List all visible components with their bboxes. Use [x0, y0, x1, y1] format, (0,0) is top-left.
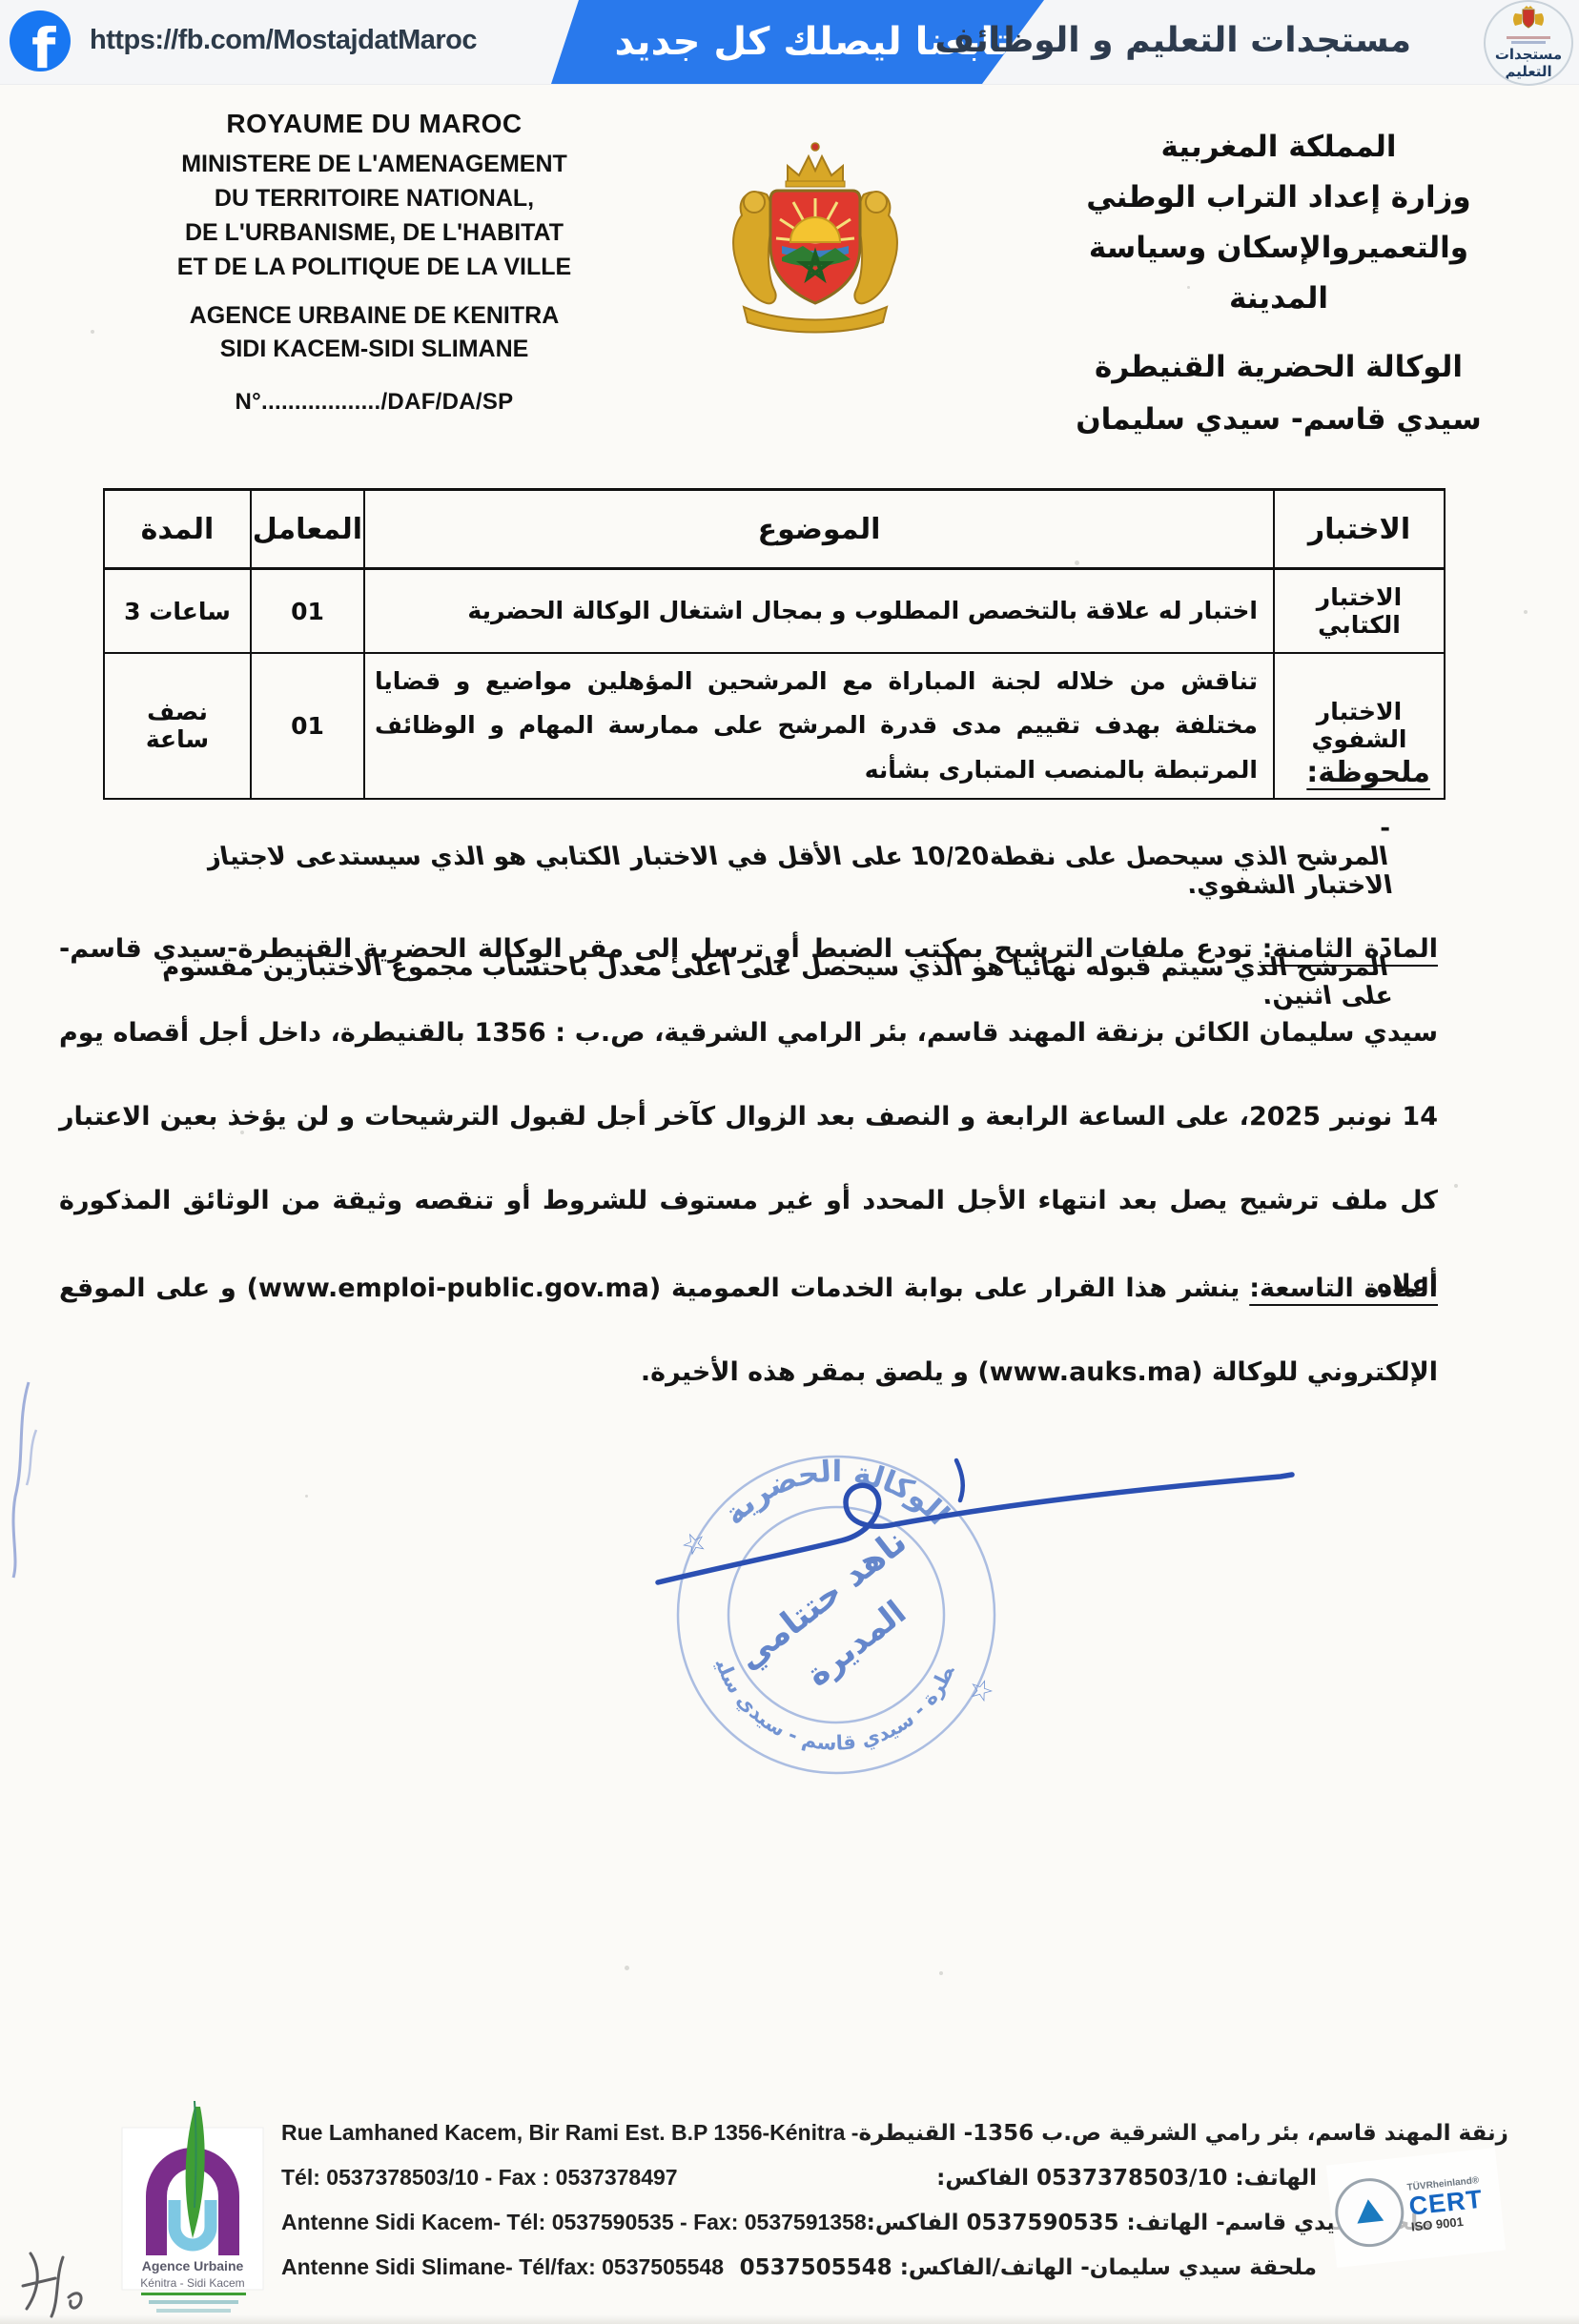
antenne-kacem-fr: Antenne Sidi Kacem- Tél: 0537590535 - Fa…: [281, 2210, 867, 2235]
letterhead-arabic: المملكة المغربية وزارة إعداد التراب الوط…: [1069, 122, 1488, 446]
col-header-duration: المدة: [104, 490, 251, 569]
director-stamp: الوكالة الحضرية القنيطرة - سيدي قاسم - س…: [586, 1380, 1340, 1792]
col-header-subject: الموضوع: [364, 490, 1274, 569]
note-bullet-text: المرشح الذي سيحصل على نقطة10/20 على الأق…: [138, 843, 1395, 900]
scan-speck: [240, 1131, 244, 1134]
article-9-body: ينشر هذا القرار على بوابة الخدمات العموم…: [59, 1274, 1438, 1387]
scan-speck: [1524, 610, 1528, 614]
agency-line-ar: الوكالة الحضرية القنيطرة: [1069, 341, 1488, 394]
cell-duration: 3 ساعات: [104, 569, 251, 654]
ministry-line-fr: DU TERRITOIRE NATIONAL,: [133, 181, 615, 215]
bullet-dash: -: [1380, 814, 1390, 843]
table-row: الاختبار الكتابي اختبار له علاقة بالتخصص…: [104, 569, 1445, 654]
logo-microtext-bar: [1511, 41, 1546, 44]
footer-row-antenne-sidi-slimane: Antenne Sidi Slimane- Tél/fax: 053750554…: [281, 2254, 1317, 2280]
page-logo-badge: مستجدات التعليم والوظائف: [1484, 0, 1573, 86]
ministry-line-fr: MINISTERE DE L'AMENAGEMENT: [133, 147, 615, 181]
antenne-slimane-fr: Antenne Sidi Slimane- Tél/fax: 053750554…: [281, 2254, 724, 2280]
stamp-star-icon: ☆: [963, 1671, 998, 1711]
antenne-slimane-ar: ملحقة سيدي سليمان- الهاتف/الفاكس: 053750…: [740, 2255, 1317, 2280]
col-header-coefficient: المعامل: [251, 490, 364, 569]
phone-fax-fr: Tél: 0537378503/10 - Fax : 0537378497: [281, 2165, 678, 2191]
mini-coat-of-arms-icon: [1509, 6, 1548, 31]
footer-row-phone: Tél: 0537378503/10 - Fax : 0537378497 ال…: [281, 2165, 1317, 2191]
article-8-body: تودع ملفات الترشيح بمكتب الضبط أو ترسل إ…: [59, 934, 1438, 1299]
address-ar: زنقة المهند قاسم، بئر رامي الشرقية ص.ب 1…: [858, 2121, 1507, 2146]
scan-speck: [1075, 561, 1079, 565]
scanned-document-page: f https://fb.com/MostajdatMaroc تابعنا ل…: [0, 0, 1579, 2324]
address-fr: Rue Lamhaned Kacem, Bir Rami Est. B.P 13…: [281, 2120, 858, 2146]
facebook-page-name: مستجدات التعليم و الوظائف: [934, 21, 1411, 60]
exam-table-header-row: الاختبار الموضوع المعامل المدة: [104, 490, 1445, 569]
agency-line-fr: SIDI KACEM-SIDI SLIMANE: [133, 333, 615, 366]
moroccan-coat-of-arms: [707, 139, 923, 337]
facebook-url[interactable]: https://fb.com/MostajdatMaroc: [90, 25, 477, 56]
article-8-title: المادة الثامنة:: [1262, 934, 1438, 964]
ministry-line-fr: ET DE LA POLITIQUE DE LA VILLE: [133, 250, 615, 284]
kingdom-title-ar: المملكة المغربية: [1069, 122, 1488, 173]
scan-speck: [1454, 1184, 1458, 1188]
scan-edge-shadow: [0, 2314, 1579, 2324]
ministry-line-ar: والتعميروالإسكان وسياسة المدينة: [1069, 223, 1488, 324]
phone-fax-ar: الهاتف: 0537378503/10 الفاكس:: [936, 2166, 1317, 2191]
logo-caption-2: Kénitra - Sidi Kacem: [140, 2276, 244, 2290]
footer-row-address: Rue Lamhaned Kacem, Bir Rami Est. B.P 13…: [281, 2120, 1317, 2146]
agence-urbaine-logo: Agence Urbaine Kénitra - Sidi Kacem: [120, 2093, 278, 2316]
tuv-seal-icon: [1332, 2175, 1407, 2251]
logo-microtext-bar: [1507, 36, 1550, 39]
letterhead-french: ROYAUME DU MAROC MINISTERE DE L'AMENAGEM…: [133, 109, 615, 416]
scan-speck: [1187, 286, 1190, 289]
kingdom-title-fr: ROYAUME DU MAROC: [133, 109, 615, 139]
exam-table: الاختبار الموضوع المعامل المدة الاختبار …: [103, 488, 1446, 800]
corner-pen-mark: [13, 2242, 95, 2322]
facebook-banner: f https://fb.com/MostajdatMaroc تابعنا ل…: [0, 0, 1579, 85]
agency-line-ar: سيدي قاسم- سيدي سليمان: [1069, 394, 1488, 446]
stamp-star-icon: ☆: [676, 1523, 713, 1564]
logo-caption-1: Agence Urbaine: [142, 2258, 244, 2273]
logo-text-2: والوظائف: [1486, 82, 1571, 86]
scan-speck: [305, 1495, 308, 1498]
iso-cert-badge: TÜVRheinland® CERT ISO 9001: [1326, 2148, 1506, 2268]
col-header-exam: الاختبار: [1274, 490, 1445, 569]
duration-value: 3 ساعات: [124, 598, 231, 625]
footer-contacts: Rue Lamhaned Kacem, Bir Rami Est. B.P 13…: [281, 2120, 1317, 2299]
scan-speck: [625, 1966, 629, 1970]
agency-line-fr: AGENCE URBAINE DE KENITRA: [133, 299, 615, 333]
cell-coefficient: 01: [251, 569, 364, 654]
margin-pen-mark: [0, 1373, 51, 1582]
facebook-f-glyph: f: [31, 16, 55, 71]
ministry-line-fr: DE L'URBANISME, DE L'HABITAT: [133, 215, 615, 250]
scan-speck: [939, 1971, 943, 1975]
scan-speck: [1316, 864, 1319, 866]
scan-speck: [91, 330, 94, 334]
facebook-icon: f: [10, 10, 71, 71]
note-bullet: - المرشح الذي سيحصل على نقطة10/20 على ال…: [143, 814, 1430, 900]
note-title: ملحوظة:: [1306, 756, 1430, 789]
cell-exam-name: الاختبار الكتابي: [1274, 569, 1445, 654]
article-9-title: المادة التاسعة:: [1249, 1274, 1438, 1303]
footer-row-antenne-sidi-kacem: Antenne Sidi Kacem- Tél: 0537590535 - Fa…: [281, 2210, 1317, 2235]
ministry-line-ar: وزارة إعداد التراب الوطني: [1069, 173, 1488, 223]
reference-number: N°................../DAF/DA/SP: [133, 389, 615, 416]
cell-exam-subject: اختبار له علاقة بالتخصص المطلوب و بمجال …: [364, 569, 1274, 654]
logo-text-1: مستجدات التعليم: [1486, 46, 1571, 80]
